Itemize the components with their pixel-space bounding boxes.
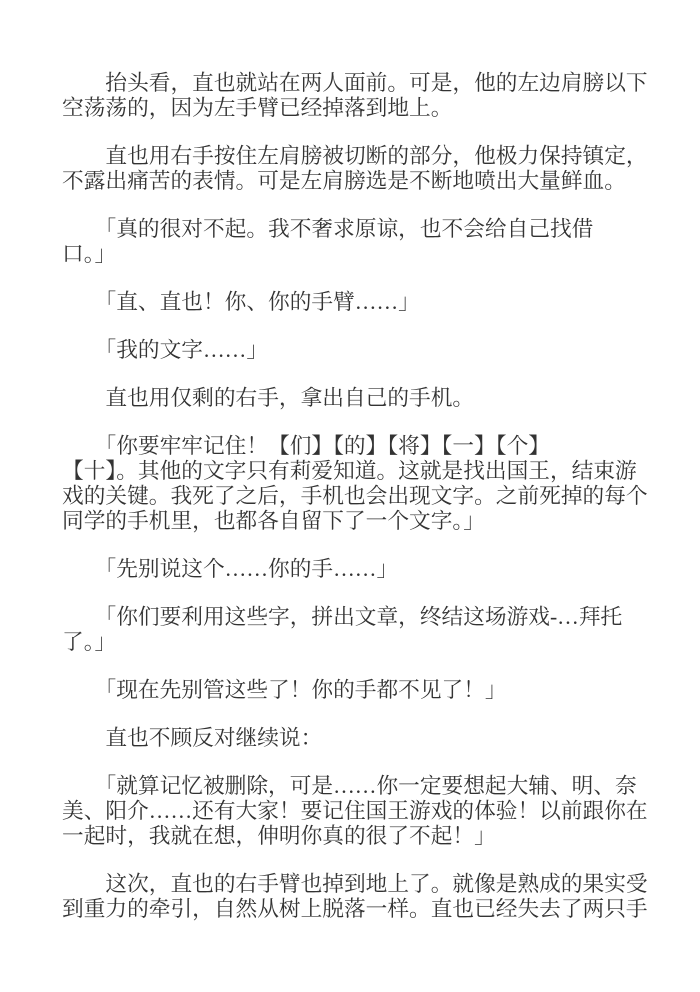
paragraph: 「真的很对不起。我不奢求原谅，也不会给自己找借 口。」 (62, 217, 662, 267)
paragraph-dialogue: 「先别说这个……你的手……」 (62, 557, 662, 582)
paragraph-dialogue: 「我的文字……」 (62, 338, 662, 363)
paragraph-dialogue: 「就算记忆被删除，可是……你一定要想起大辅、明、奈 美、阳介……还有大家！要记住… (62, 774, 662, 849)
paragraph: 直也用仅剩的右手，拿出自己的手机。 (62, 386, 662, 411)
paragraph: 这次，直也的右手臂也掉到地上了。就像是熟成的果实受 到重力的牵引，自然从树上脱落… (62, 872, 662, 922)
paragraph-dialogue: 「直、直也！你、你的手臂……」 (62, 290, 662, 315)
paragraph-dialogue: 「你们要利用这些字，拼出文章，终结这场游戏-…拜托 了。」 (62, 605, 662, 655)
paragraph-dialogue: 「现在先别管这些了！你的手都不见了！」 (62, 678, 662, 703)
paragraph: 直也用右手按住左肩膀被切断的部分，他极力保持镇定， 不露出痛苦的表情。可是左肩膀… (62, 144, 662, 194)
paragraph-dialogue: 「你要牢牢记住！【们】【的】【将】【一】【个】 【十】。其他的文字只有莉爱知道。… (62, 434, 662, 534)
paragraph: 直也不顾反对继续说： (62, 726, 662, 751)
novel-page: 抬头看，直也就站在两人面前。可是，他的左边肩膀以下 空荡荡的，因为左手臂已经掉落… (0, 0, 700, 992)
paragraph: 抬头看，直也就站在两人面前。可是，他的左边肩膀以下 空荡荡的，因为左手臂已经掉落… (62, 71, 662, 121)
